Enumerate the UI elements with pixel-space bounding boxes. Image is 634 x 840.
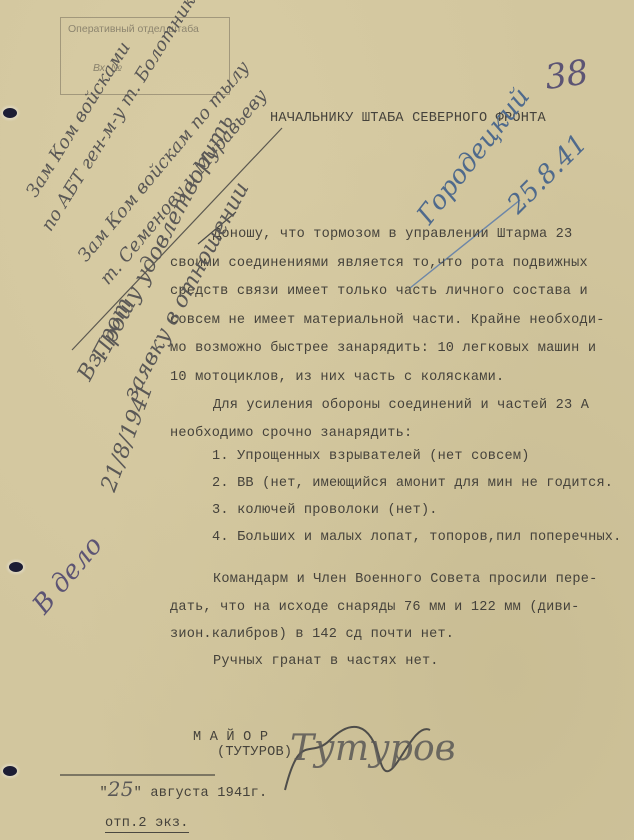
body-line: Для усиления обороны соединений и частей… [213,398,589,413]
punch-hole-bottom [3,766,17,776]
punch-hole-top [3,108,17,118]
handwritten-signature: Тутуров [290,728,456,769]
body-line: средств связи имеет только часть личного… [170,284,588,299]
body-line: мо возможно быстрее занарядить: 10 легко… [170,341,596,356]
document-date: "25" августа 1941г. [66,762,267,816]
list-item: 4. Больших и малых лопат, топоров,пил по… [212,530,622,545]
document-page: Оперативный отдел штаба Вх. № 38 НАЧАЛЬН… [0,0,634,840]
diagonal-strike-line [0,0,634,840]
handwritten-note-to-file: В дело [27,531,109,620]
body-line: своими соединениями является то,что рота… [170,256,588,271]
body-line: совсем не имеет материальной части. Край… [170,313,605,328]
date-month-year: августа 1941г. [150,786,267,801]
date-day: 25 [108,777,134,801]
list-item: 3. колючей проволоки (нет). [212,503,438,518]
body-line: дать, что на исходе снаряды 76 мм и 122 … [170,600,580,615]
body-line: Ручных гранат в частях нет. [213,654,439,669]
signature-rank: М А Й О Р [193,730,268,745]
list-item: 1. Упрощенных взрывателей (нет совсем) [212,449,530,464]
body-line: Доношу, что тормозом в управлении Штарма… [213,227,572,242]
copies-note: отп.2 экз. [105,816,189,833]
handwritten-resolution-date: 25.8.41 [502,129,593,220]
body-line: необходимо срочно занарядить: [170,426,412,441]
handwritten-note-center-3: Вз. рот [73,293,137,385]
punch-hole-middle [9,562,23,572]
page-number: 38 [542,52,590,98]
signature-name: (ТУТУРОВ) [217,745,292,760]
list-item: 2. ВВ (нет, имеющийся амонит для мин не … [212,476,613,491]
body-line: Командарм и Член Военного Совета просили… [213,572,597,587]
handwritten-note-center-date: 21/8/1941 [97,380,159,495]
body-line: зион.калибров) в 142 сд почти нет. [170,627,454,642]
body-line: 10 мотоциклов, из них часть с колясками. [170,370,504,385]
